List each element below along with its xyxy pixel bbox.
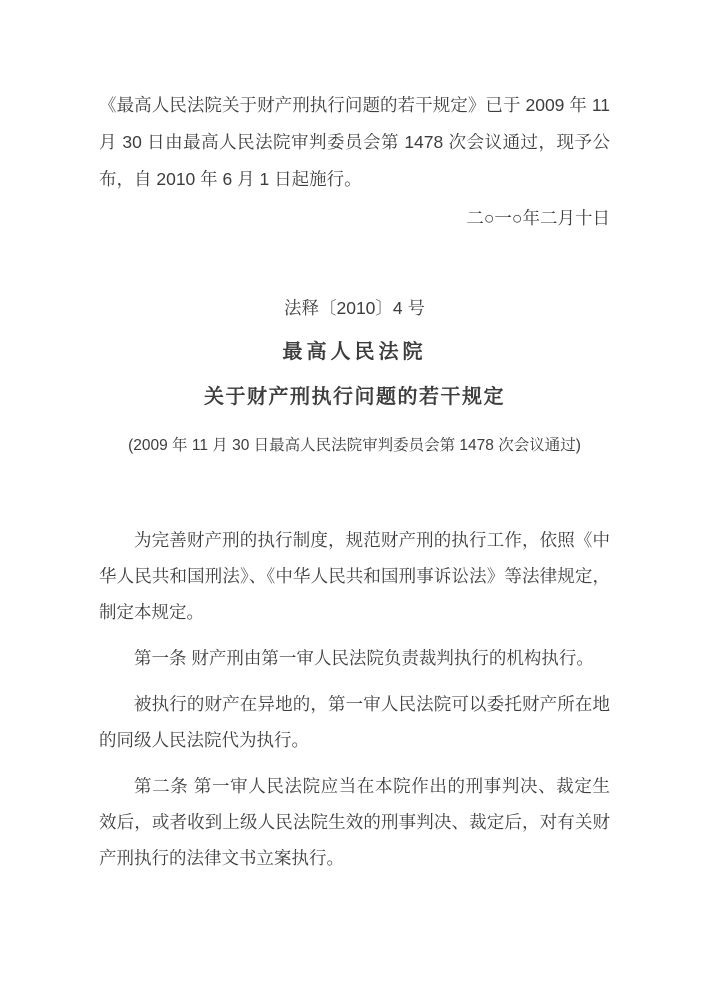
body-paragraph-preamble: 为完善财产刑的执行制度，规范财产刑的执行工作，依照《中华人民共和国刑法》、《中华… bbox=[99, 522, 610, 630]
body-paragraph-article-2: 第二条 第一审人民法院应当在本院作出的刑事判决、裁定生效后，或者收到上级人民法院… bbox=[99, 768, 610, 876]
date-line: 二○一○年二月十日 bbox=[99, 200, 610, 237]
document-title: 关于财产刑执行问题的若干规定 bbox=[99, 379, 610, 416]
adoption-note: (2009 年 11 月 30 日最高人民法院审判委员会第 1478 次会议通过… bbox=[99, 427, 610, 464]
document-number: 法释〔2010〕4 号 bbox=[99, 290, 610, 327]
announcement-paragraph: 《最高人民法院关于财产刑执行问题的若干规定》已于 2009 年 11 月 30 … bbox=[99, 87, 610, 198]
body-paragraph-article-1-clause-2: 被执行的财产在异地的，第一审人民法院可以委托财产所在地的同级人民法院代为执行。 bbox=[99, 686, 610, 758]
document-page: 《最高人民法院关于财产刑执行问题的若干规定》已于 2009 年 11 月 30 … bbox=[0, 0, 707, 999]
body-paragraph-article-1: 第一条 财产刑由第一审人民法院负责裁判执行的机构执行。 bbox=[99, 640, 610, 676]
issuer-heading: 最高人民法院 bbox=[99, 334, 610, 371]
